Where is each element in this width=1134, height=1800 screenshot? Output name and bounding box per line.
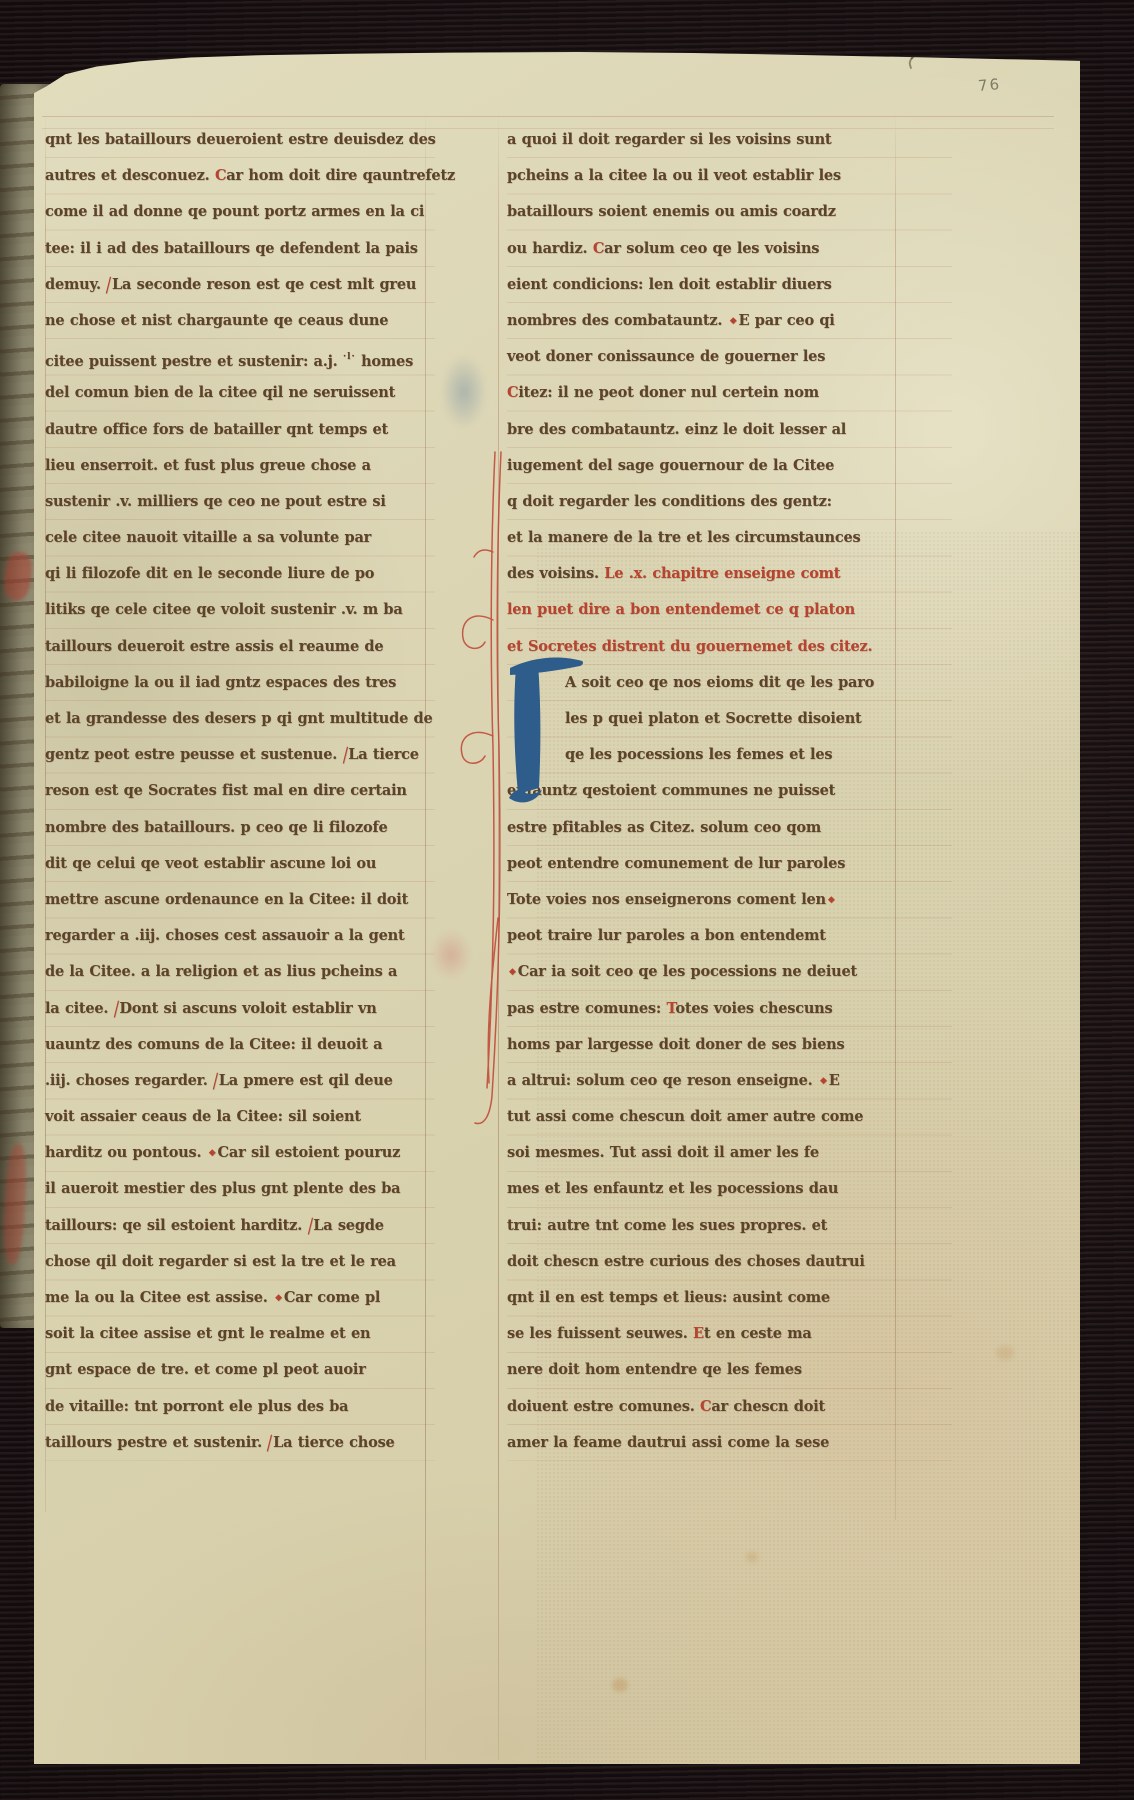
rubric-text-segment: C (507, 384, 518, 401)
ink-text-segment: il aueroit mestier des plus gnt plente d… (45, 1180, 400, 1197)
ink-text-segment: mes et les enfauntz et les pocessions da… (507, 1180, 838, 1197)
manuscript-line: len puet dire a bon entendemet ce q plat… (507, 592, 952, 628)
manuscript-line: bre des combatauntz. einz le doit lesser… (507, 412, 952, 448)
ink-text-segment: ou hardiz. (507, 240, 593, 257)
manuscript-line: a altrui: solum ceo qe reson enseigne. ◆… (507, 1063, 952, 1099)
manuscript-line: iugement del sage gouernour de la Citee (507, 448, 952, 484)
ink-text-segment: tut assi come chescun doit amer autre co… (507, 1108, 863, 1125)
rubric-text-segment: len puet dire a bon entendemet ce q plat… (507, 601, 855, 618)
initial-letter-shape (496, 650, 590, 808)
manuscript-line: pcheins a la citee la ou il veot establi… (507, 158, 952, 194)
manuscript-line: del comun bien de la citee qil ne seruis… (45, 375, 435, 411)
ink-text-segment: qnt les bataillours deueroient estre deu… (45, 131, 436, 148)
manuscript-line: cele citee nauoit vitaille a sa volunte … (45, 520, 435, 556)
manuscript-line: me la ou la Citee est assise. ◆Car come … (45, 1280, 435, 1316)
manuscript-line: pas estre comunes: Totes voies chescuns (507, 991, 952, 1027)
manuscript-line: sustenir .v. milliers qe ceo ne pout est… (45, 484, 435, 520)
manuscript-line: peot entendre comunement de lur paroles (507, 846, 952, 882)
manuscript-line: regarder a .iij. choses cest assauoir a … (45, 918, 435, 954)
manuscript-line: autres et desconuez. Car hom doit dire q… (45, 158, 435, 194)
manuscript-line: dit qe celui qe veot establir ascune loi… (45, 846, 435, 882)
manuscript-line: citee puissent pestre et sustenir: a.j. … (45, 339, 435, 375)
manuscript-line: gentz peot estre peusse et sustenue. |La… (45, 737, 435, 773)
manuscript-line: qnt il en est temps et lieus: ausint com… (507, 1280, 952, 1316)
manuscript-line: ◆Car ia soit ceo qe les pocessions ne de… (507, 954, 952, 990)
ink-text-segment: se les fuissent seuwes. (507, 1325, 693, 1342)
manuscript-line: et la manere de la tre et les circumstau… (507, 520, 952, 556)
manuscript-line: mes et les enfauntz et les pocessions da… (507, 1171, 952, 1207)
manuscript-line: harditz ou pontous. ◆Car sil estoient po… (45, 1135, 435, 1171)
ink-text-segment: tee: il i ad des bataillours qe defenden… (45, 240, 418, 257)
ink-text-segment: et la grandesse des desers p qi gnt mult… (45, 710, 433, 727)
parchment-stain (996, 1346, 1014, 1360)
manuscript-line: estre pfitables as Citez. solum ceo qom (507, 810, 952, 846)
manuscript-line: a quoi il doit regarder si les voisins s… (507, 122, 952, 158)
ink-text-segment: .iij. choses regarder. (45, 1072, 213, 1089)
ink-text-segment: autres et desconuez. (45, 167, 215, 184)
previous-folio-red-text-smudge (3, 551, 34, 601)
ink-text-segment: qnt il en est temps et lieus: ausint com… (507, 1289, 830, 1306)
manuscript-line: de la Citee. a la religion et as lius pc… (45, 954, 435, 990)
illuminated-initial-I: I (496, 650, 590, 808)
rubric-text-segment: ◆ (273, 1293, 284, 1303)
manuscript-line: ou hardiz. Car solum ceo qe les voisins (507, 231, 952, 267)
ink-text-segment: soi mesmes. Tut assi doit il amer les fe (507, 1144, 819, 1161)
ink-text-segment: q doit regarder les conditions des gentz… (507, 493, 832, 510)
manuscript-line: nombre des bataillours. p ceo qe li filo… (45, 810, 435, 846)
ink-text-segment: la citee. (45, 1000, 114, 1017)
manuscript-line: il aueroit mestier des plus gnt plente d… (45, 1171, 435, 1207)
ink-text-segment: doiuent estre comunes. (507, 1398, 700, 1415)
manuscript-line: tee: il i ad des bataillours qe defenden… (45, 231, 435, 267)
previous-folio-red-text-smudge (2, 1144, 28, 1265)
ink-text-segment: Car come pl (284, 1289, 380, 1306)
ink-text-segment: soit la citee assise et gnt le realme et… (45, 1325, 370, 1342)
manuscript-line: de vitaille: tnt porront ele plus des ba (45, 1389, 435, 1425)
ink-text-segment: del comun bien de la citee qil ne seruis… (45, 384, 395, 401)
ink-text-segment: pas estre comunes: (507, 1000, 666, 1017)
folio-number: 76 (977, 75, 1002, 95)
ink-text-segment: les p quei platon et Socrette disoient (565, 710, 862, 727)
manuscript-line: doiuent estre comunes. Car chescn doit (507, 1389, 952, 1425)
ink-text-segment: citee puissent pestre et sustenir: a.j. (45, 353, 343, 370)
ink-text-segment: La pmere est qil deue (219, 1072, 393, 1089)
ink-text-segment: veot doner conissaunce de gouerner les (507, 348, 825, 365)
ink-text-segment: iugement del sage gouernour de la Citee (507, 457, 834, 474)
ink-text-segment: harditz ou pontous. (45, 1144, 207, 1161)
manuscript-line: taillours: qe sil estoient harditz. |La … (45, 1208, 435, 1244)
ink-text-segment: dautre office fors de batailler qnt temp… (45, 421, 388, 438)
ink-text-segment: E par ceo qi (738, 312, 834, 329)
ink-text-segment: homs par largesse doit doner de ses bien… (507, 1036, 844, 1053)
manuscript-line: babiloigne la ou il iad gntz espaces des… (45, 665, 435, 701)
manuscript-line: demuy. |La seconde reson est qe cest mlt… (45, 267, 435, 303)
text-column-left: qnt les bataillours deueroient estre deu… (45, 122, 435, 1461)
ink-text-segment: homes (356, 353, 413, 370)
ink-text-segment: bataillours soient enemis ou amis coardz (507, 203, 836, 220)
ink-text-segment: Tote voies nos enseignerons coment len (507, 891, 826, 908)
manuscript-line: uauntz des comuns de la Citee: il deuoit… (45, 1027, 435, 1063)
manuscript-line: taillours pestre et sustenir. |La tierce… (45, 1425, 435, 1461)
manuscript-line: eient condicions: len doit establir diue… (507, 267, 952, 303)
manuscript-line: gnt espace de tre. et come pl peot auoir (45, 1352, 435, 1388)
manuscript-line: amer la feame dautrui assi come la sese (507, 1425, 952, 1461)
manuscript-line: taillours deueroit estre assis el reaume… (45, 629, 435, 665)
manuscript-line: .iij. choses regarder. |La pmere est qil… (45, 1063, 435, 1099)
ink-text-segment: come il ad donne qe pount portz armes en… (45, 203, 424, 220)
ink-text-segment: nombre des bataillours. p ceo qe li filo… (45, 819, 388, 836)
rubric-text-segment: Le .x. chapitre enseigne comt (604, 565, 840, 582)
ink-text-segment: La seconde reson est qe cest mlt greu (112, 276, 416, 293)
photograph-background: 76 qnt les bataillours deueroient estre … (0, 0, 1134, 1800)
manuscript-line: ne chose et nist chargaunte qe ceaus dun… (45, 303, 435, 339)
ink-text-segment: otes voies chescuns (675, 1000, 832, 1017)
ink-text-segment: de la Citee. a la religion et as lius pc… (45, 963, 397, 980)
manuscript-line: et la grandesse des desers p qi gnt mult… (45, 701, 435, 737)
manuscript-line: lieu enserroit. et fust plus greue chose… (45, 448, 435, 484)
manuscript-line: mettre ascune ordenaunce en la Citee: il… (45, 882, 435, 918)
ink-text-segment: pcheins a la citee la ou il veot establi… (507, 167, 841, 184)
manuscript-line: des voisins. Le .x. chapitre enseigne co… (507, 556, 952, 592)
ink-text-segment: nere doit hom entendre qe les femes (507, 1361, 802, 1378)
manuscript-line: voit assaier ceaus de la Citee: sil soie… (45, 1099, 435, 1135)
rubric-text-segment: C (593, 240, 604, 257)
ink-text-segment: regarder a .iij. choses cest assauoir a … (45, 927, 404, 944)
parchment-stain (746, 1552, 758, 1562)
ink-text-segment: ar hom doit dire qauntrefetz (226, 167, 455, 184)
rubric-text-segment: C (700, 1398, 711, 1415)
ink-text-segment: taillours pestre et sustenir. (45, 1434, 267, 1451)
ink-text-segment: nombres des combatauntz. (507, 312, 728, 329)
manuscript-line: veot doner conissaunce de gouerner les (507, 339, 952, 375)
manuscript-line: dautre office fors de batailler qnt temp… (45, 412, 435, 448)
manuscript-line: se les fuissent seuwes. Et en ceste ma (507, 1316, 952, 1352)
manuscript-line: chose qil doit regarder si est la tre et… (45, 1244, 435, 1280)
manuscript-line: trui: autre tnt come les sues propres. e… (507, 1208, 952, 1244)
manuscript-line: qi li filozofe dit en le seconde liure d… (45, 556, 435, 592)
ink-text-segment: babiloigne la ou il iad gntz espaces des… (45, 674, 396, 691)
ink-text-segment: Car ia soit ceo qe les pocessions ne dei… (518, 963, 857, 980)
ink-text-segment: et la manere de la tre et les circumstau… (507, 529, 860, 546)
ink-text-segment: Car sil estoient pouruz (218, 1144, 401, 1161)
pen-squiggle-mark (907, 52, 927, 69)
manuscript-line: soit la citee assise et gnt le realme et… (45, 1316, 435, 1352)
ink-text-segment: voit assaier ceaus de la Citee: sil soie… (45, 1108, 361, 1125)
ink-text-segment: peot traire lur paroles a bon entendemt (507, 927, 826, 944)
ink-text-segment: t en ceste ma (704, 1325, 812, 1342)
manuscript-line: soi mesmes. Tut assi doit il amer les fe (507, 1135, 952, 1171)
ink-text-segment: qi li filozofe dit en le seconde liure d… (45, 565, 374, 582)
manuscript-line: tut assi come chescun doit amer autre co… (507, 1099, 952, 1135)
ink-text-segment: qe les pocessions les femes et les (565, 746, 832, 763)
ink-text-segment: litiks qe cele citee qe voloit sustenir … (45, 601, 403, 618)
manuscript-line: q doit regarder les conditions des gentz… (507, 484, 952, 520)
ink-text-segment: itez: il ne peot doner nul certein nom (518, 384, 819, 401)
ink-text-segment: uauntz des comuns de la Citee: il deuoit… (45, 1036, 382, 1053)
manuscript-line: come il ad donne qe pount portz armes en… (45, 194, 435, 230)
ink-text-segment: a quoi il doit regarder si les voisins s… (507, 131, 831, 148)
ink-text-segment: de vitaille: tnt porront ele plus des ba (45, 1398, 348, 1415)
ink-text-segment: A soit ceo qe nos eioms dit qe les paro (565, 674, 874, 691)
ink-text-segment: amer la feame dautrui assi come la sese (507, 1434, 829, 1451)
ink-text-segment: doit chescn estre curious des choses dau… (507, 1253, 865, 1270)
rubric-text-segment: E (693, 1325, 704, 1342)
manuscript-line: reson est qe Socrates fist mal en dire c… (45, 773, 435, 809)
manuscript-line: nere doit hom entendre qe les femes (507, 1352, 952, 1388)
manuscript-line: bataillours soient enemis ou amis coardz (507, 194, 952, 230)
ink-text-segment: chose qil doit regarder si est la tre et… (45, 1253, 396, 1270)
ink-text-segment: estre pfitables as Citez. solum ceo qom (507, 819, 821, 836)
ink-text-segment: gentz peot estre peusse et sustenue. (45, 746, 343, 763)
ink-text-segment: peot entendre comunement de lur paroles (507, 855, 845, 872)
ink-text-segment: a altrui: solum ceo qe reson enseigne. (507, 1072, 818, 1089)
ink-text-segment: lieu enserroit. et fust plus greue chose… (45, 457, 371, 474)
manuscript-line: qnt les bataillours deueroient estre deu… (45, 122, 435, 158)
manuscript-line: litiks qe cele citee qe voloit sustenir … (45, 592, 435, 628)
manuscript-line: doit chescn estre curious des choses dau… (507, 1244, 952, 1280)
verso-initial-show-through-blue (437, 348, 491, 436)
ink-text-segment: ar chescn doit (711, 1398, 825, 1415)
rubric-text-segment: ◆ (818, 1076, 829, 1086)
ink-text-segment: taillours: qe sil estoient harditz. (45, 1217, 308, 1234)
ink-text-segment: sustenir .v. milliers qe ceo ne pout est… (45, 493, 386, 510)
ink-text-segment: E (829, 1072, 840, 1089)
ink-text-segment: demuy. (45, 276, 106, 293)
ruling-line-horizontal (42, 116, 1054, 117)
manuscript-line: la citee. |Dont si ascuns voloit establi… (45, 991, 435, 1027)
ink-text-segment: me la ou la Citee est assise. (45, 1289, 273, 1306)
manuscript-line: homs par largesse doit doner de ses bien… (507, 1027, 952, 1063)
ink-text-segment: mettre ascune ordenaunce en la Citee: il… (45, 891, 408, 908)
ink-text-segment: dit qe celui qe veot establir ascune loi… (45, 855, 376, 872)
ink-text-segment: Dont si ascuns voloit establir vn (119, 1000, 376, 1017)
ink-text-segment: La tierce (348, 746, 419, 763)
manuscript-line: Tote voies nos enseignerons coment len◆ (507, 882, 952, 918)
rubric-text-segment: C (215, 167, 226, 184)
manuscript-line: nombres des combatauntz. ◆E par ceo qi (507, 303, 952, 339)
rubric-text-segment: ◆ (728, 316, 739, 326)
ink-text-segment: bre des combatauntz. einz le doit lesser… (507, 421, 846, 438)
ink-text-segment: ar solum ceo qe les voisins (604, 240, 819, 257)
manuscript-line: Citez: il ne peot doner nul certein nom (507, 375, 952, 411)
manuscript-page: 76 qnt les bataillours deueroient estre … (34, 52, 1080, 1764)
ink-text-segment: gnt espace de tre. et come pl peot auoir (45, 1361, 366, 1378)
ink-text-segment: eient condicions: len doit establir diue… (507, 276, 832, 293)
ink-text-segment: ne chose et nist chargaunte qe ceaus dun… (45, 312, 388, 329)
ink-text-segment: cele citee nauoit vitaille a sa volunte … (45, 529, 371, 546)
ink-text-segment: trui: autre tnt come les sues propres. e… (507, 1217, 827, 1234)
ink-text-segment: ·l· (343, 352, 356, 362)
rubric-text-segment: ◆ (207, 1148, 218, 1158)
ink-text-segment: taillours deueroit estre assis el reaume… (45, 638, 383, 655)
ink-text-segment: La tierce chose (273, 1434, 394, 1451)
rubric-text-segment: ◆ (826, 895, 837, 905)
ink-text-segment: La segde (313, 1217, 384, 1234)
ink-text-segment: reson est qe Socrates fist mal en dire c… (45, 782, 407, 799)
verso-initial-show-through-red (426, 924, 476, 986)
parchment-stain (612, 1678, 628, 1692)
manuscript-line: peot traire lur paroles a bon entendemt (507, 918, 952, 954)
